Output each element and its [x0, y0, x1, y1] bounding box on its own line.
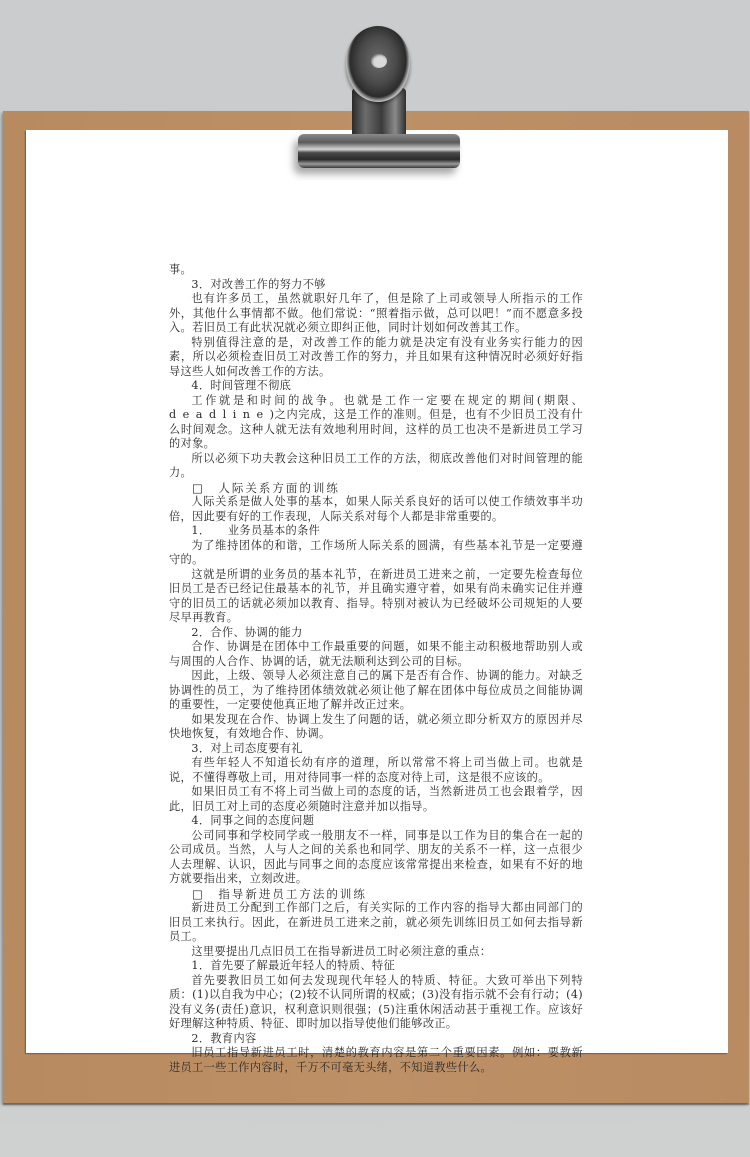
subheading: 4．同事之间的态度问题 [169, 814, 583, 829]
text: 工作就是和时间的战争。也就是工作一定要在规定的期间(期限、 [191, 394, 583, 407]
paragraph: 这就是所谓的业务员的基本礼节，在新进员工进来之前，一定要先检查每位旧员工是否已经… [169, 568, 583, 626]
paragraph: 为了维持团体的和谐，工作场所人际关系的圆满，有些基本礼节是一定要遵守的。 [169, 539, 583, 568]
clip-base [298, 134, 460, 168]
document-body: 事。 3．对改善工作的努力不够 也有许多员工，虽然就职好几年了，但是除了上司或领… [169, 263, 583, 1075]
subheading: 3．对改善工作的努力不够 [169, 278, 583, 293]
paragraph: 新进员工分配到工作部门之后，有关实际的工作内容的指导大都由同部门的旧员工来执行。… [169, 901, 583, 945]
subheading: 2．教育内容 [169, 1032, 583, 1047]
subheading: 2．合作、协调的能力 [169, 626, 583, 641]
deadline-word: deadline [169, 408, 270, 421]
paragraph: 这里要提出几点旧员工在指导新进员工时必须注意的重点： [169, 945, 583, 960]
paragraph: 所以必须下功夫教会这种旧员工工作的方法，彻底改善他们对时间管理的能力。 [169, 452, 583, 481]
binder-clip-icon [296, 24, 462, 172]
paragraph: 特别值得注意的是，对改善工作的能力就是决定有没有业务实行能力的因素，所以必须检查… [169, 336, 583, 380]
paragraph: 如果发现在合作、协调上发生了问题的话，就必须立即分析双方的原因并尽快地恢复，有效… [169, 713, 583, 742]
paragraph-deadline: 工作就是和时间的战争。也就是工作一定要在规定的期间(期限、deadline)之内… [169, 394, 583, 452]
section-heading: □ 指导新进员工方法的训练 [169, 887, 583, 902]
subheading: 1． 业务员基本的条件 [169, 524, 583, 539]
subheading: 3．对上司态度要有礼 [169, 742, 583, 757]
subheading: 1．首先要了解最近年轻人的特质、特征 [169, 959, 583, 974]
paragraph: 人际关系是做人处事的基本，如果人际关系良好的话可以使工作绩效事半功倍，因此要有好… [169, 495, 583, 524]
paragraph-continuation: 事。 [169, 263, 583, 278]
clip-hole [371, 54, 387, 68]
paragraph: 如果旧员工有不将上司当做上司的态度的话，当然新进员工也会跟着学，因此，旧员工对上… [169, 785, 583, 814]
paragraph: 旧员工指导新进员工时，清楚的教育内容是第二个重要因素。例如：要教新进员工一些工作… [169, 1046, 583, 1075]
paragraph: 也有许多员工，虽然就职好几年了，但是除了上司或领导人所指示的工作外，其他什么事情… [169, 292, 583, 336]
paragraph: 有些年轻人不知道长幼有序的道理，所以常常不将上司当做上司。也就是说，不懂得尊敬上… [169, 756, 583, 785]
subheading: 4．时间管理不彻底 [169, 379, 583, 394]
paragraph: 因此，上级、领导人必须注意自己的属下是否有合作、协调的能力。对缺乏协调性的员工，… [169, 669, 583, 713]
section-heading: □ 人际关系方面的训练 [169, 481, 583, 496]
paragraph: 首先要教旧员工如何去发现现代年轻人的特质、特征。大致可举出下列特质：(1)以自我… [169, 974, 583, 1032]
paragraph: 合作、协调是在团体中工作最重要的问题，如果不能主动积极地帮助别人或与周围的人合作… [169, 640, 583, 669]
paragraph: 公司同事和学校同学或一般朋友不一样，同事是以工作为目的集合在一起的公司成员。当然… [169, 829, 583, 887]
